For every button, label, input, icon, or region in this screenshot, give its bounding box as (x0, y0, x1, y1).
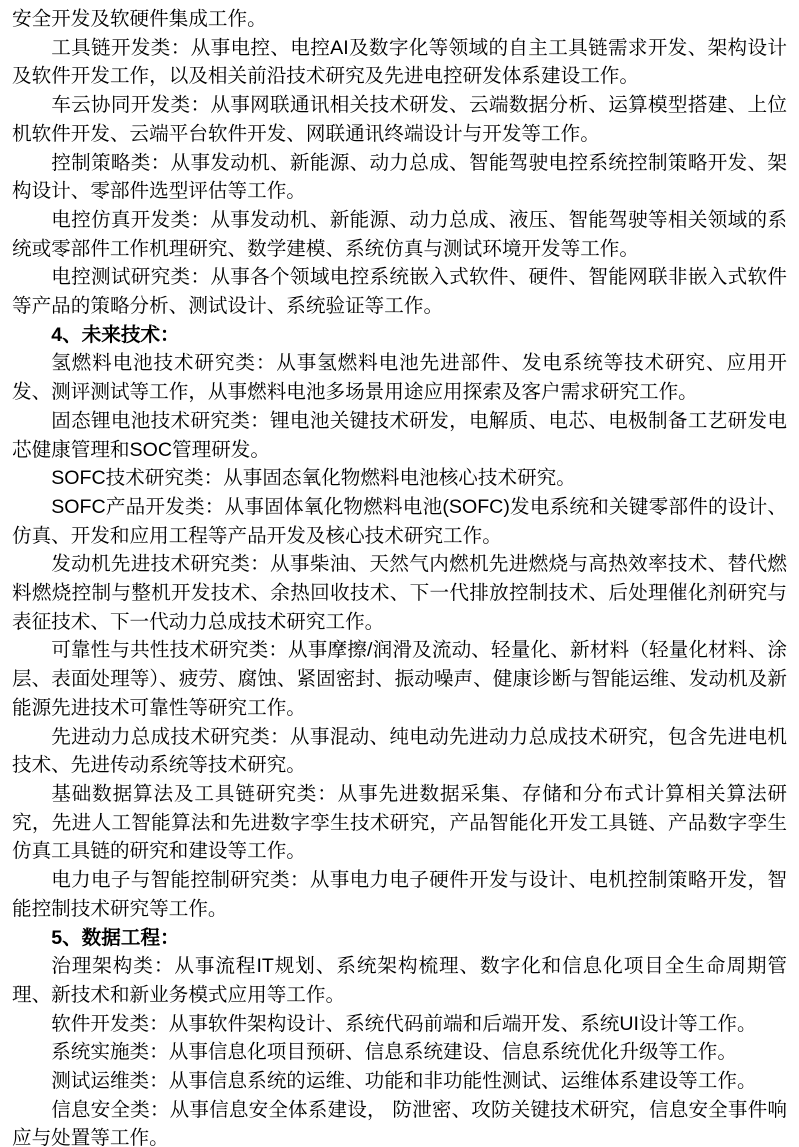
job-category-paragraph-test-operations: 测试运维类：从事信息系统的运维、功能和非功能性测试、运维体系建设等工作。 (12, 1067, 787, 1096)
job-category-paragraph-sofc-tech-research: SOFC技术研究类：从事固态氧化物燃料电池核心技术研究。 (12, 464, 787, 493)
job-category-paragraph-toolchain-dev: 工具链开发类：从事电控、电控AI及数字化等领域的自主工具链需求开发、架构设计及软… (12, 34, 787, 91)
job-category-paragraph-information-security: 信息安全类：从事信息安全体系建设， 防泄密、攻防关键技术研究，信息安全事件响应与… (12, 1096, 787, 1147)
job-category-paragraph-ecu-test-research: 电控测试研究类：从事各个领域电控系统嵌入式软件、硬件、智能网联非嵌入式软件等产品… (12, 263, 787, 320)
continuation-paragraph: 安全开发及软硬件集成工作。 (12, 5, 787, 34)
job-category-paragraph-control-strategy: 控制策略类：从事发动机、新能源、动力总成、智能驾驶电控系统控制策略开发、架构设计… (12, 149, 787, 206)
job-category-paragraph-advanced-powertrain: 先进动力总成技术研究类：从事混动、纯电动先进动力总成技术研究，包含先进电机技术、… (12, 723, 787, 780)
job-category-paragraph-solid-state-battery: 固态锂电池技术研究类：锂电池关键技术研发，电解质、电芯、电极制备工艺研发电芯健康… (12, 407, 787, 464)
job-category-paragraph-vehicle-cloud-dev: 车云协同开发类：从事网联通讯相关技术研发、云端数据分析、运算模型搭建、上位机软件… (12, 91, 787, 148)
job-category-paragraph-ecu-simulation-dev: 电控仿真开发类：从事发动机、新能源、动力总成、液压、智能驾驶等相关领域的系统或零… (12, 206, 787, 263)
job-category-paragraph-sofc-product-dev: SOFC产品开发类：从事固体氧化物燃料电池(SOFC)发电系统和关键零部件的设计… (12, 493, 787, 550)
document-page: 安全开发及软硬件集成工作。 工具链开发类：从事电控、电控AI及数字化等领域的自主… (0, 0, 799, 1147)
section-heading-future-tech: 4、未来技术： (12, 321, 787, 350)
section-heading-data-engineering: 5、数据工程： (12, 924, 787, 953)
job-category-paragraph-data-algorithm-toolchain: 基础数据算法及工具链研究类：从事先进数据采集、存储和分布式计算相关算法研究，先进… (12, 780, 787, 866)
job-category-paragraph-reliability-common-tech: 可靠性与共性技术研究类：从事摩擦/润滑及流动、轻量化、新材料（轻量化材料、涂层、… (12, 636, 787, 722)
job-category-paragraph-power-electronics: 电力电子与智能控制研究类：从事电力电子硬件开发与设计、电机控制策略开发，智能控制… (12, 866, 787, 923)
job-category-paragraph-software-dev: 软件开发类：从事软件架构设计、系统代码前端和后端开发、系统UI设计等工作。 (12, 1010, 787, 1039)
job-category-paragraph-engine-advanced-tech: 发动机先进技术研究类：从事柴油、天然气内燃机先进燃烧与高热效率技术、替代燃料燃烧… (12, 550, 787, 636)
job-category-paragraph-system-implementation: 系统实施类：从事信息化项目预研、信息系统建设、信息系统优化升级等工作。 (12, 1038, 787, 1067)
job-category-paragraph-governance-architecture: 治理架构类：从事流程IT规划、系统架构梳理、数字化和信息化项目全生命周期管理、新… (12, 952, 787, 1009)
job-category-paragraph-hydrogen-fuel-cell: 氢燃料电池技术研究类：从事氢燃料电池先进部件、发电系统等技术研究、应用开发、测评… (12, 349, 787, 406)
